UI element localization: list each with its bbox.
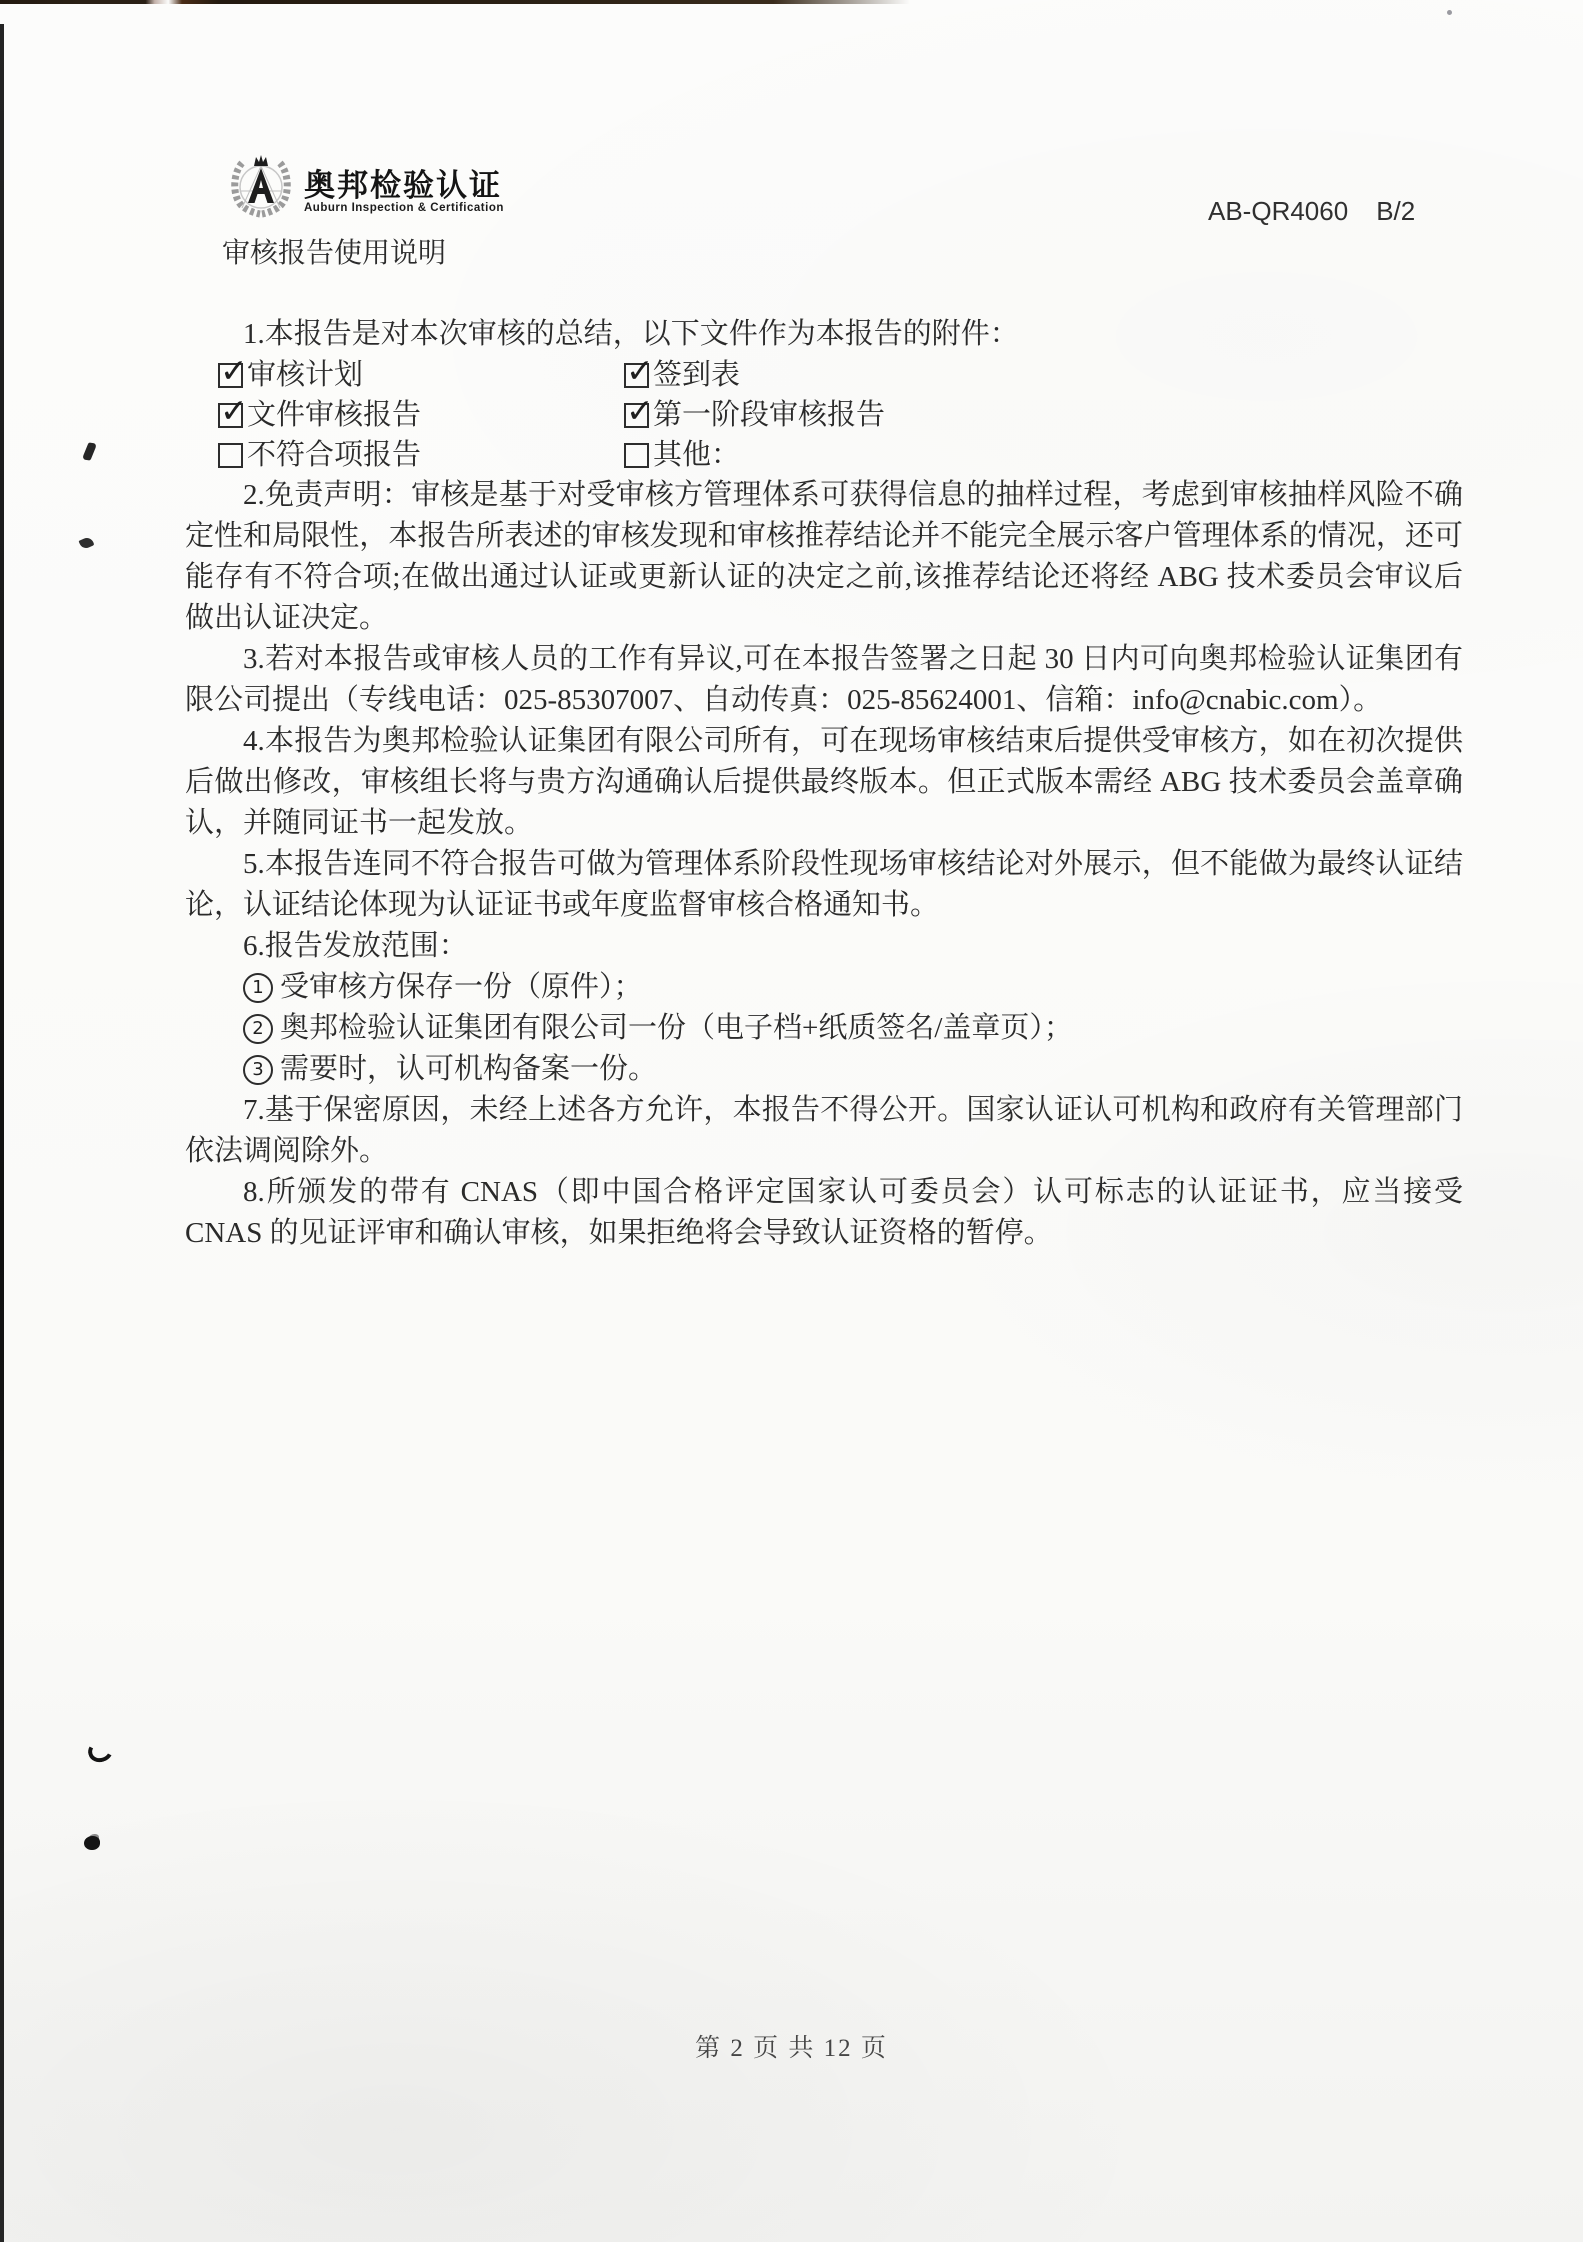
- document-revision: B/2: [1376, 196, 1415, 226]
- checklist-cell: 不符合项报告: [218, 435, 624, 476]
- instruction-item-1: 1.本报告是对本次审核的总结，以下文件作为本报告的附件：: [185, 314, 1463, 355]
- checkbox-unchecked-icon: [218, 443, 243, 468]
- distribution-item: 1受审核方保存一份（原件）；: [185, 967, 1463, 1008]
- checklist-row: 不符合项报告 其他：: [218, 435, 1463, 475]
- distribution-text: 需要时，认可机构备案一份。: [280, 1049, 657, 1090]
- checkbox-label: 第一阶段审核报告: [653, 395, 885, 436]
- scan-top-edge: [0, 0, 910, 4]
- document-code: AB-QR4060B/2: [1208, 196, 1415, 227]
- checklist-cell: 文件审核报告: [218, 395, 624, 436]
- checklist-cell: 第一阶段审核报告: [624, 395, 885, 436]
- checkbox-checked-icon: [624, 363, 649, 388]
- checkbox-unchecked-icon: [624, 443, 649, 468]
- checkbox-label: 审核计划: [247, 355, 363, 396]
- document-number: AB-QR4060: [1208, 196, 1348, 226]
- distribution-item: 2奥邦检验认证集团有限公司一份（电子档+纸质签名/盖章页）；: [185, 1008, 1463, 1049]
- scan-speck: [1447, 10, 1452, 15]
- checklist-cell: 审核计划: [218, 355, 624, 396]
- company-name-en: Auburn Inspection & Certification: [304, 201, 504, 215]
- checkbox-label: 签到表: [653, 355, 740, 396]
- circled-number-icon: 1: [243, 973, 273, 1003]
- ink-speck: [79, 536, 95, 550]
- checkbox-label: 其他：: [653, 435, 740, 476]
- page-number-footer: 第 2 页 共 12 页: [0, 2028, 1583, 2064]
- laurel-wreath-logo-icon: [227, 150, 295, 218]
- checklist-row: 审核计划 签到表: [218, 355, 1463, 395]
- distribution-item: 3需要时，认可机构备案一份。: [185, 1049, 1463, 1090]
- instruction-item-5: 5.本报告连同不符合报告可做为管理体系阶段性现场审核结论对外展示，但不能做为最终…: [185, 844, 1463, 926]
- instruction-item-7: 7.基于保密原因，未经上述各方允许，本报告不得公开。国家认证认可机构和政府有关管…: [185, 1090, 1463, 1172]
- checkbox-checked-icon: [218, 363, 243, 388]
- company-name-cn: 奥邦检验认证: [304, 170, 504, 201]
- company-logo-text: 奥邦检验认证 Auburn Inspection & Certification: [304, 170, 504, 215]
- ink-speck: [82, 442, 97, 460]
- distribution-list: 1受审核方保存一份（原件）； 2奥邦检验认证集团有限公司一份（电子档+纸质签名/…: [185, 967, 1463, 1090]
- checklist-cell: 其他：: [624, 435, 740, 476]
- checkbox-label: 文件审核报告: [247, 395, 421, 436]
- instruction-item-2: 2.免责声明：审核是基于对受审核方管理体系可获得信息的抽样过程，考虑到审核抽样风…: [185, 475, 1463, 639]
- distribution-text: 受审核方保存一份（原件）；: [280, 967, 643, 1008]
- instruction-item-3: 3.若对本报告或审核人员的工作有异议,可在本报告签署之日起 30 日内可向奥邦检…: [185, 639, 1463, 721]
- attachment-checklist: 审核计划 签到表 文件审核报告 第一阶段审核报告 不符合项报告 其他：: [218, 355, 1463, 475]
- ink-speck: [84, 1836, 100, 1850]
- company-logo: 奥邦检验认证 Auburn Inspection & Certification: [227, 150, 504, 218]
- instruction-item-4: 4.本报告为奥邦检验认证集团有限公司所有，可在现场审核结束后提供受审核方，如在初…: [185, 721, 1463, 844]
- checkbox-checked-icon: [218, 403, 243, 428]
- checklist-row: 文件审核报告 第一阶段审核报告: [218, 395, 1463, 435]
- circled-number-icon: 3: [243, 1055, 273, 1085]
- instruction-item-6: 6.报告发放范围：: [185, 926, 1463, 967]
- checkbox-label: 不符合项报告: [247, 435, 421, 476]
- scan-left-edge: [0, 24, 4, 2242]
- scanned-document-page: 奥邦检验认证 Auburn Inspection & Certification…: [0, 0, 1583, 2242]
- circled-number-icon: 2: [243, 1014, 273, 1044]
- section-title: 审核报告使用说明: [222, 231, 446, 271]
- distribution-text: 奥邦检验认证集团有限公司一份（电子档+纸质签名/盖章页）；: [280, 1008, 1073, 1049]
- checkbox-checked-icon: [624, 403, 649, 428]
- instruction-item-8: 8.所颁发的带有 CNAS（即中国合格评定国家认可委员会）认可标志的认证证书，应…: [185, 1172, 1463, 1254]
- ink-speck: [85, 1737, 116, 1766]
- document-body: 1.本报告是对本次审核的总结，以下文件作为本报告的附件： 审核计划 签到表 文件…: [185, 314, 1463, 1254]
